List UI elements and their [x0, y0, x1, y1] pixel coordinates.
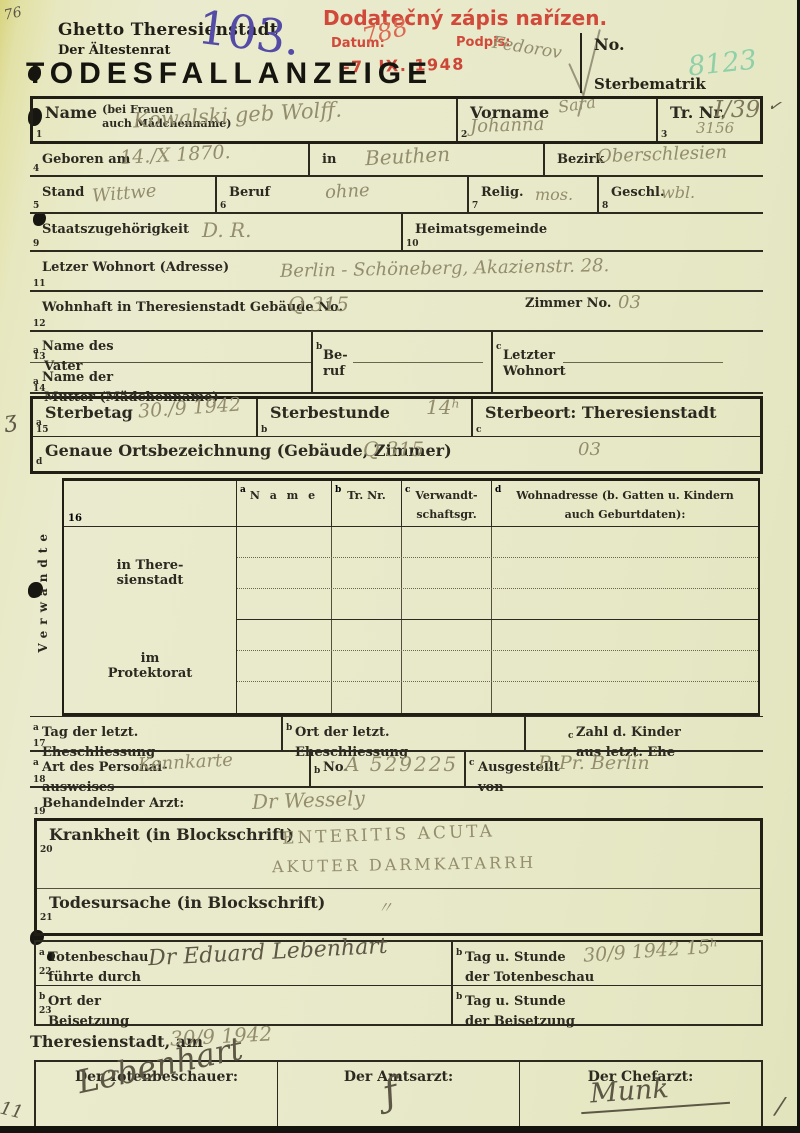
field-ehe-tag: a Tag der letzt. Eheschliessung 17: [30, 717, 283, 750]
stamp-datum-label: Datum:: [331, 36, 385, 51]
relatives-empty-row: [237, 620, 758, 651]
footer-place-label: Theresienstadt, am: [30, 1032, 203, 1052]
relatives-table: 16 a N a m e b Tr. Nr. c Verwandt- sch: [62, 478, 760, 716]
wohnhaft-label: Wohnhaft in Theresienstadt Gebäude No.: [42, 300, 343, 315]
name-label-sub: (bei Frauen auch Mädchenname): [102, 103, 231, 131]
field-ausweis-no: b No. A 529225: [311, 752, 466, 786]
field-wohnhaft: Wohnhaft in Theresienstadt Gebäude No. 1…: [30, 292, 763, 330]
form-body: Name (bei Frauen auch Mädchenname) 1 Kow…: [30, 96, 763, 1126]
field-ausweis-von: c Ausgestellt von P. Pr. Berlin: [466, 752, 763, 786]
sub-letter: c: [496, 342, 501, 352]
field-index: 13: [33, 352, 46, 362]
col-wohnadresse-label: Wohnadresse (b. Gatten u. Kindern auch G…: [516, 489, 734, 521]
field-stand: Stand 5 Wittwe: [30, 177, 217, 212]
sub-letter: a: [39, 948, 45, 958]
field-index: 12: [33, 319, 46, 329]
sub-letter: b: [456, 948, 462, 958]
sub-letter: a: [240, 485, 246, 495]
relatives-index-cell: 16: [64, 481, 237, 526]
beisetzung-zeit-label: Tag u. Stunde der Beisetzung: [465, 994, 575, 1029]
field-bezirk: Bezirk Oberschlesien: [545, 144, 763, 175]
field-index: 8: [602, 201, 608, 211]
heimat-label: Heimatsgemeinde: [415, 222, 547, 237]
paper: 76 Ghetto Theresienstadt Der Ältestenrat…: [0, 0, 797, 1126]
relatives-empty-row: [237, 682, 758, 713]
eltern-beruf-label: Be- ruf: [323, 348, 348, 381]
vater-label-line1: Name des: [42, 339, 114, 354]
totenbeschau-value: Dr Eduard Lebenhart: [148, 933, 389, 971]
chefarzt-signature-cell: Der Chefarzt: Munk: [520, 1062, 761, 1126]
margin-mark-bottom-left: 11: [0, 1098, 25, 1124]
beruf-label: Beruf: [229, 185, 270, 200]
mutter-label-line1: Name der: [42, 370, 113, 385]
field-totenbeschau-zeit: b Tag u. Stunde der Totenbeschau 30/9 19…: [453, 942, 761, 985]
field-todesursache: Todesursache (in Blockschrift) 21 〃: [37, 889, 760, 933]
todesursache-label: Todesursache (in Blockschrift): [49, 893, 325, 912]
stand-label: Stand: [42, 185, 84, 200]
form-title: TODESFALLANZEIGE: [26, 57, 433, 91]
field-vorname: Vorname 2 Johanna Sara: [458, 99, 658, 141]
field-index: 3: [661, 130, 667, 140]
relatives-header-row: 16 a N a m e b Tr. Nr. c Verwandt- sch: [64, 481, 758, 527]
sub-letter: d: [495, 485, 501, 495]
col-tr-nr-label: Tr. Nr.: [347, 489, 386, 502]
header-divider-line: [580, 33, 582, 93]
col-verwandtschaft: c Verwandt- schaftsgr.: [402, 481, 492, 526]
vorname-label: Vorname: [470, 103, 549, 122]
krankheit-label: Krankheit (in Blockschrift): [49, 825, 294, 844]
beruf-value: ohne: [324, 180, 370, 203]
geboren-in-label: in: [322, 152, 336, 167]
amtsarzt-signature-cell: Der Amtsarzt: ƒ: [278, 1062, 520, 1126]
amtsarzt-label: Der Amtsarzt:: [344, 1069, 453, 1085]
col-tr-nr: b Tr. Nr.: [332, 481, 402, 526]
vorname-value2: Sara: [557, 92, 597, 116]
sterbetag-label: Sterbetag: [45, 403, 133, 422]
sterbeort-label: Sterbeort: Theresienstadt: [485, 403, 716, 422]
field-totenbeschau-durch: a Totenbeschau führte durch 22 Dr Eduard…: [36, 942, 453, 985]
relatives-group-theresienstadt: in There- sienstadt: [64, 527, 758, 620]
krankheit-value-line1: ENTERITIS ACUTA: [282, 821, 496, 848]
sterbestunde-value: 14ʰ: [426, 395, 460, 419]
field-index: 21: [40, 913, 53, 923]
tr-nr-label: Tr. Nr.: [670, 103, 726, 122]
totenbeschau-zeit-label: Tag u. Stunde der Totenbeschau: [465, 950, 594, 985]
field-index: 9: [33, 239, 39, 249]
geschl-value: wbl.: [661, 183, 695, 202]
sub-letter: d: [36, 457, 42, 467]
beisetzung-ort-label: Ort der Beisetzung: [48, 994, 129, 1029]
relatives-empty-row: [237, 558, 758, 589]
field-mutter: Name der a Mutter (Mädchenname) 14: [30, 363, 311, 394]
geboren-value: 14./X 1870.: [120, 141, 232, 169]
wohnort-label: Letzer Wohnort (Adresse): [42, 260, 229, 275]
field-index: 22: [39, 967, 52, 977]
sub-letter: b: [335, 485, 341, 495]
field-relig: Relig. 7 mos.: [469, 177, 599, 212]
field-index: 17: [33, 739, 46, 749]
no-label: No.: [594, 35, 625, 54]
field-ehe-kinder: c Zahl d. Kinder aus letzt. Ehe: [526, 717, 763, 750]
field-geboren-in: in Beuthen: [310, 144, 545, 175]
field-beruf: Beruf 6 ohne: [217, 177, 469, 212]
field-eltern-wohnort: c Letzter Wohnort: [493, 332, 763, 392]
ausweis-no-value: A 529225: [345, 752, 458, 776]
field-ausweis-art: a Art des Personal- ausweises 18 Kennkar…: [30, 752, 311, 786]
field-index: 15: [36, 425, 49, 435]
margin-scribble: ʒ: [2, 407, 18, 433]
sub-letter: b: [261, 425, 267, 435]
illness-box: Krankheit (in Blockschrift) 20 ENTERITIS…: [34, 818, 763, 936]
sub-letter: c: [568, 731, 573, 741]
geboren-label: Geboren am: [42, 152, 130, 167]
ortsbezeichnung-value2: 03: [578, 439, 601, 460]
sterbestunde-label: Sterbestunde: [270, 403, 390, 422]
geschl-label: Geschl.: [611, 185, 665, 200]
relig-label: Relig.: [481, 185, 524, 200]
bezirk-value: Oberschlesien: [597, 142, 728, 168]
sub-letter: c: [476, 425, 481, 435]
field-krankheit: Krankheit (in Blockschrift) 20 ENTERITIS…: [37, 821, 760, 888]
relatives-empty-row: [237, 589, 758, 620]
sterbematrik-label: Sterbematrik: [594, 75, 706, 93]
sub-letter: b: [286, 723, 292, 733]
krankheit-value-line2: AKUTER DARMKATARRH: [272, 852, 536, 876]
org-name: Ghetto Theresienstadt Der Ältestenrat: [58, 20, 278, 58]
relatives-side-label: Verwandte: [36, 528, 50, 653]
field-index: 6: [220, 201, 226, 211]
relatives-section: Verwandte 16 a N a m e b Tr. Nr.: [62, 478, 760, 716]
margin-mark-bottom-right: /: [775, 1092, 786, 1121]
field-beisetzung-ort: b Ort der Beisetzung 23: [36, 986, 453, 1024]
sub-letter: b: [314, 766, 320, 776]
field-index: 4: [33, 164, 39, 174]
name-box: Name (bei Frauen auch Mädchenname) 1 Kow…: [30, 96, 763, 144]
field-staatszugehoerigkeit: Staatszugehörigkeit 9 D. R.: [30, 214, 403, 250]
group-label: im Protektorat: [64, 620, 237, 713]
sub-letter: a: [33, 723, 39, 733]
field-geschl: Geschl. 8 wbl.: [599, 177, 763, 212]
field-index: 19: [33, 807, 46, 817]
sub-letter: a: [33, 758, 39, 768]
field-name: Name (bei Frauen auch Mädchenname) 1 Kow…: [33, 99, 458, 141]
col-name: a N a m e: [237, 481, 332, 526]
zimmer-label: Zimmer No.: [525, 296, 611, 312]
field-vater: Name des a Vater 13: [30, 332, 311, 363]
field-index: 5: [33, 201, 39, 211]
field-index: 14: [33, 384, 46, 394]
field-sterbeort: Sterbeort: Theresienstadt c: [473, 399, 760, 436]
fill-line: [563, 362, 723, 363]
name-label: Name: [45, 103, 97, 123]
bezirk-label: Bezirk: [557, 152, 604, 167]
relatives-empty-row: [237, 651, 758, 682]
field-ehe-ort: b Ort der letzt. Eheschliessung: [283, 717, 526, 750]
field-index: 10: [406, 239, 419, 249]
stamp-podpis-label: Podpis:: [456, 35, 510, 50]
field-beisetzung-zeit: b Tag u. Stunde der Beisetzung: [453, 986, 761, 1024]
inspection-box: a Totenbeschau führte durch 22 Dr Eduard…: [34, 940, 763, 1026]
field-sterbetag: Sterbetag a 15 30./9 1942: [33, 399, 258, 436]
group-label: in There- sienstadt: [64, 527, 237, 620]
sub-letter: b: [39, 992, 45, 1002]
parents-names-column: Name des a Vater 13 Name der a Mutter (M…: [30, 332, 313, 392]
eltern-wohnort-label: Letzter Wohnort: [503, 348, 566, 381]
staat-label: Staatszugehörigkeit: [42, 222, 189, 237]
field-eltern-beruf: b Be- ruf: [313, 332, 493, 392]
todesursache-value: 〃: [377, 895, 393, 918]
corner-mark: 76: [3, 4, 24, 23]
field-sterbestunde: Sterbestunde b 14ʰ: [258, 399, 473, 436]
col-wohnadresse: d Wohnadresse (b. Gatten u. Kindern auch…: [492, 481, 758, 526]
field-index: 23: [39, 1006, 52, 1016]
margin-check-mark: ✓: [766, 95, 783, 116]
field-index: 18: [33, 775, 46, 785]
field-letzter-wohnort: Letzer Wohnort (Adresse) 11 Berlin - Sch…: [30, 252, 763, 290]
stand-value: Wittwe: [91, 180, 157, 207]
parents-block: Name des a Vater 13 Name der a Mutter (M…: [30, 332, 763, 394]
org-line1: Ghetto Theresienstadt: [58, 20, 278, 40]
wohnort-value: Berlin - Schöneberg, Akazienstr. 28.: [280, 255, 610, 282]
col-name-label: N a m e: [250, 489, 318, 502]
zimmer-value: 03: [618, 292, 641, 313]
sub-letter: c: [469, 758, 474, 768]
arzt-value: Dr Wessely: [252, 786, 366, 814]
ausweis-no-label: No.: [323, 760, 348, 775]
field-behandelnder-arzt: Behandelnder Arzt: 19 Dr Wessely: [30, 788, 763, 818]
chefarzt-label: Der Chefarzt:: [588, 1069, 694, 1085]
field-ortsbezeichnung: Genaue Ortsbezeichnung (Gebäude, Zimmer)…: [33, 437, 760, 471]
fill-line: [353, 362, 483, 363]
field-index: 16: [68, 513, 82, 524]
footer-date-line: Theresienstadt, am 30/9 1942: [30, 1030, 763, 1056]
additional-entry-stamp: Dodatečný zápis nařízen.: [323, 6, 607, 30]
totenbeschau-zeit-value: 30/9 1942 15ʰ: [582, 935, 719, 966]
field-index: 1: [36, 130, 42, 140]
relatives-empty-row: [237, 527, 758, 558]
field-tr-nr: Tr. Nr. 3 I/39 3156: [658, 99, 760, 141]
field-index: 7: [472, 201, 478, 211]
scanned-death-certificate: 76 Ghetto Theresienstadt Der Ältestenrat…: [0, 0, 800, 1133]
field-index: 11: [33, 279, 46, 289]
totenbeschauer-label: Der Totenbeschauer:: [75, 1069, 238, 1085]
field-geboren: Geboren am 4 14./X 1870.: [30, 144, 310, 175]
field-heimatsgemeinde: Heimatsgemeinde 10: [403, 214, 763, 250]
field-index: 2: [461, 130, 467, 140]
org-line2: Der Ältestenrat: [58, 43, 278, 58]
arzt-label: Behandelnder Arzt:: [42, 796, 184, 811]
staat-value: D. R.: [202, 218, 251, 242]
signature-box: Der Totenbeschauer: Lebenhart Der Amtsar…: [34, 1060, 763, 1126]
ortsbezeichnung-label: Genaue Ortsbezeichnung (Gebäude, Zimmer): [45, 441, 452, 460]
col-verwandtschaft-label: Verwandt- schaftsgr.: [415, 489, 477, 521]
totenbeschauer-signature-cell: Der Totenbeschauer: Lebenhart: [36, 1062, 278, 1126]
geboren-in-value: Beuthen: [364, 142, 450, 170]
totenbeschau-label: Totenbeschau führte durch: [48, 950, 149, 985]
death-box: Sterbetag a 15 30./9 1942 Sterbestunde b…: [30, 396, 763, 474]
sub-letter: b: [316, 342, 322, 352]
field-index: 20: [40, 845, 53, 855]
relig-value: mos.: [535, 185, 573, 204]
sub-letter: c: [405, 485, 410, 495]
relatives-group-protektorat: im Protektorat: [64, 620, 758, 713]
sub-letter: b: [456, 992, 462, 1002]
